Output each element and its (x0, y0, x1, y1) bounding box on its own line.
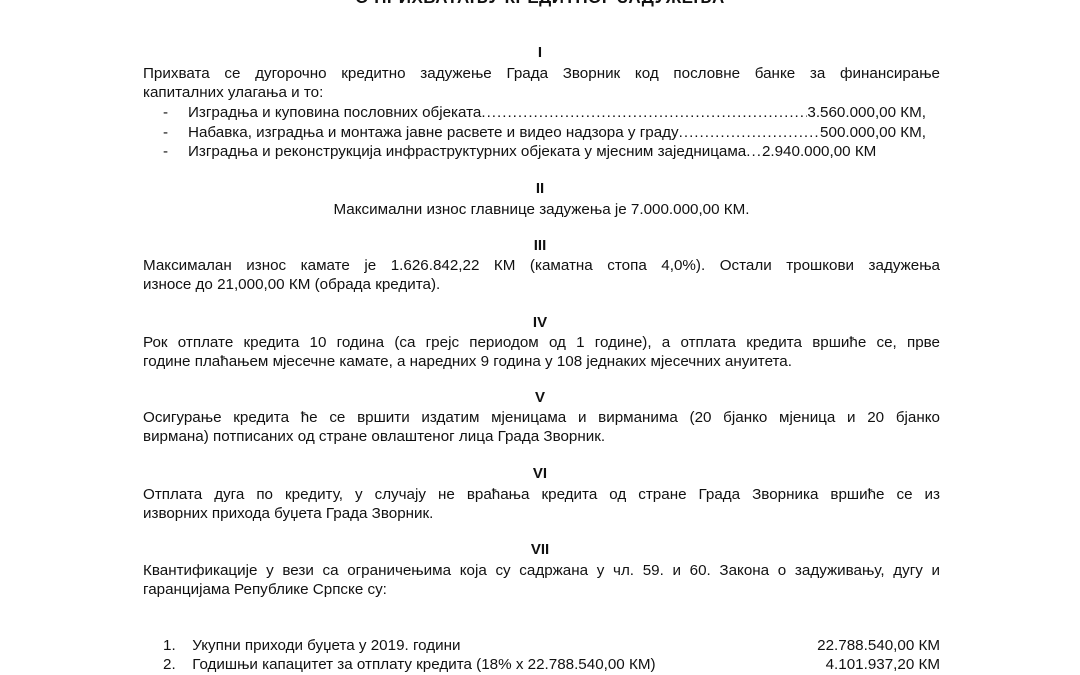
paragraph-line: Осигурање кредита ће се вршити издатим м… (143, 408, 940, 427)
article-number-1: I (0, 44, 1080, 61)
document-heading: О ПРИХВАТАЊУ КРЕДИТНОГ ЗАДУЖЕЊА (0, 0, 1080, 8)
article-4-text: Рок отплате кредита 10 година (са грејс … (143, 333, 940, 371)
paragraph-line: Максимални износ главнице задужења је 7.… (143, 200, 940, 219)
paragraph-line: вирмана) потписаних од стране овлаштеног… (143, 427, 940, 446)
quantification-list: 1. Укупни приходи буџета у 2019. години … (163, 636, 940, 674)
paragraph-line: Отплата дуга по кредиту, у случају не вр… (143, 485, 940, 504)
paragraph-line: износе до 21,000,00 КМ (обрада кредита). (143, 275, 940, 294)
article-number-6: VI (0, 465, 1080, 482)
item-value: 22.788.540,00 КМ (810, 636, 940, 655)
item-text: Набавка, изградња и монтажа јавне расвет… (188, 123, 679, 143)
paragraph-line: капиталних улагања и то: (143, 83, 940, 102)
item-text: Изградња и реконструкција инфраструктурн… (188, 142, 746, 162)
article-5-text: Осигурање кредита ће се вршити издатим м… (143, 408, 940, 446)
paragraph-line: године плаћањем мјесечне камате, а наред… (143, 352, 940, 371)
list-item: - Изградња и реконструкција инфраструкту… (143, 142, 940, 162)
article-number-7: VII (0, 541, 1080, 558)
item-number: 2. (163, 655, 188, 674)
article-6-text: Отплата дуга по кредиту, у случају не вр… (143, 485, 940, 523)
item-text: Укупни приходи буџета у 2019. години (192, 637, 460, 654)
item-amount: 3.560.000,00 КМ, (807, 103, 940, 123)
dot-leader: ........................................… (679, 123, 820, 143)
item-value: 4.101.937,20 КМ (810, 655, 940, 674)
document-page: О ПРИХВАТАЊУ КРЕДИТНОГ ЗАДУЖЕЊА I Прихва… (0, 0, 1080, 675)
dash-marker: - (143, 123, 188, 143)
article-1-intro: Прихвата се дугорочно кредитно задужење … (143, 64, 940, 102)
dot-leader: ... (746, 142, 762, 162)
paragraph-line: изворних прихода буџета Града Зворник. (143, 504, 940, 523)
item-amount: 500.000,00 КМ, (820, 123, 940, 143)
item-number: 1. (163, 636, 188, 655)
paragraph-line: гаранцијама Републике Српске су: (143, 580, 940, 599)
article-1-items: - Изградња и куповина пословних објеката… (143, 103, 940, 162)
list-item: - Набавка, изградња и монтажа јавне расв… (143, 123, 940, 143)
article-number-5: V (0, 389, 1080, 406)
paragraph-line: Максималан износ камате је 1.626.842,22 … (143, 256, 940, 275)
paragraph-line: Квантификације у вези са ограничењима ко… (143, 561, 940, 580)
paragraph-line: Прихвата се дугорочно кредитно задужење … (143, 64, 940, 83)
article-number-2: II (0, 180, 1080, 197)
item-text: Годишњи капацитет за отплату кредита (18… (192, 656, 655, 673)
list-item: 2. Годишњи капацитет за отплату кредита … (163, 655, 940, 674)
dash-marker: - (143, 142, 188, 162)
list-item: 1. Укупни приходи буџета у 2019. години … (163, 636, 940, 655)
list-item: - Изградња и куповина пословних објеката… (143, 103, 940, 123)
article-number-3: III (0, 237, 1080, 254)
dot-leader: ........................................… (481, 103, 807, 123)
paragraph-line: Рок отплате кредита 10 година (са грејс … (143, 333, 940, 352)
article-number-4: IV (0, 314, 1080, 331)
article-3-text: Максималан износ камате је 1.626.842,22 … (143, 256, 940, 294)
item-amount: 2.940.000,00 КМ (762, 142, 876, 162)
article-7-text: Квантификације у вези са ограничењима ко… (143, 561, 940, 599)
item-text: Изградња и куповина пословних објеката (188, 103, 481, 123)
article-2-text: Максимални износ главнице задужења је 7.… (143, 200, 940, 219)
dash-marker: - (143, 103, 188, 123)
